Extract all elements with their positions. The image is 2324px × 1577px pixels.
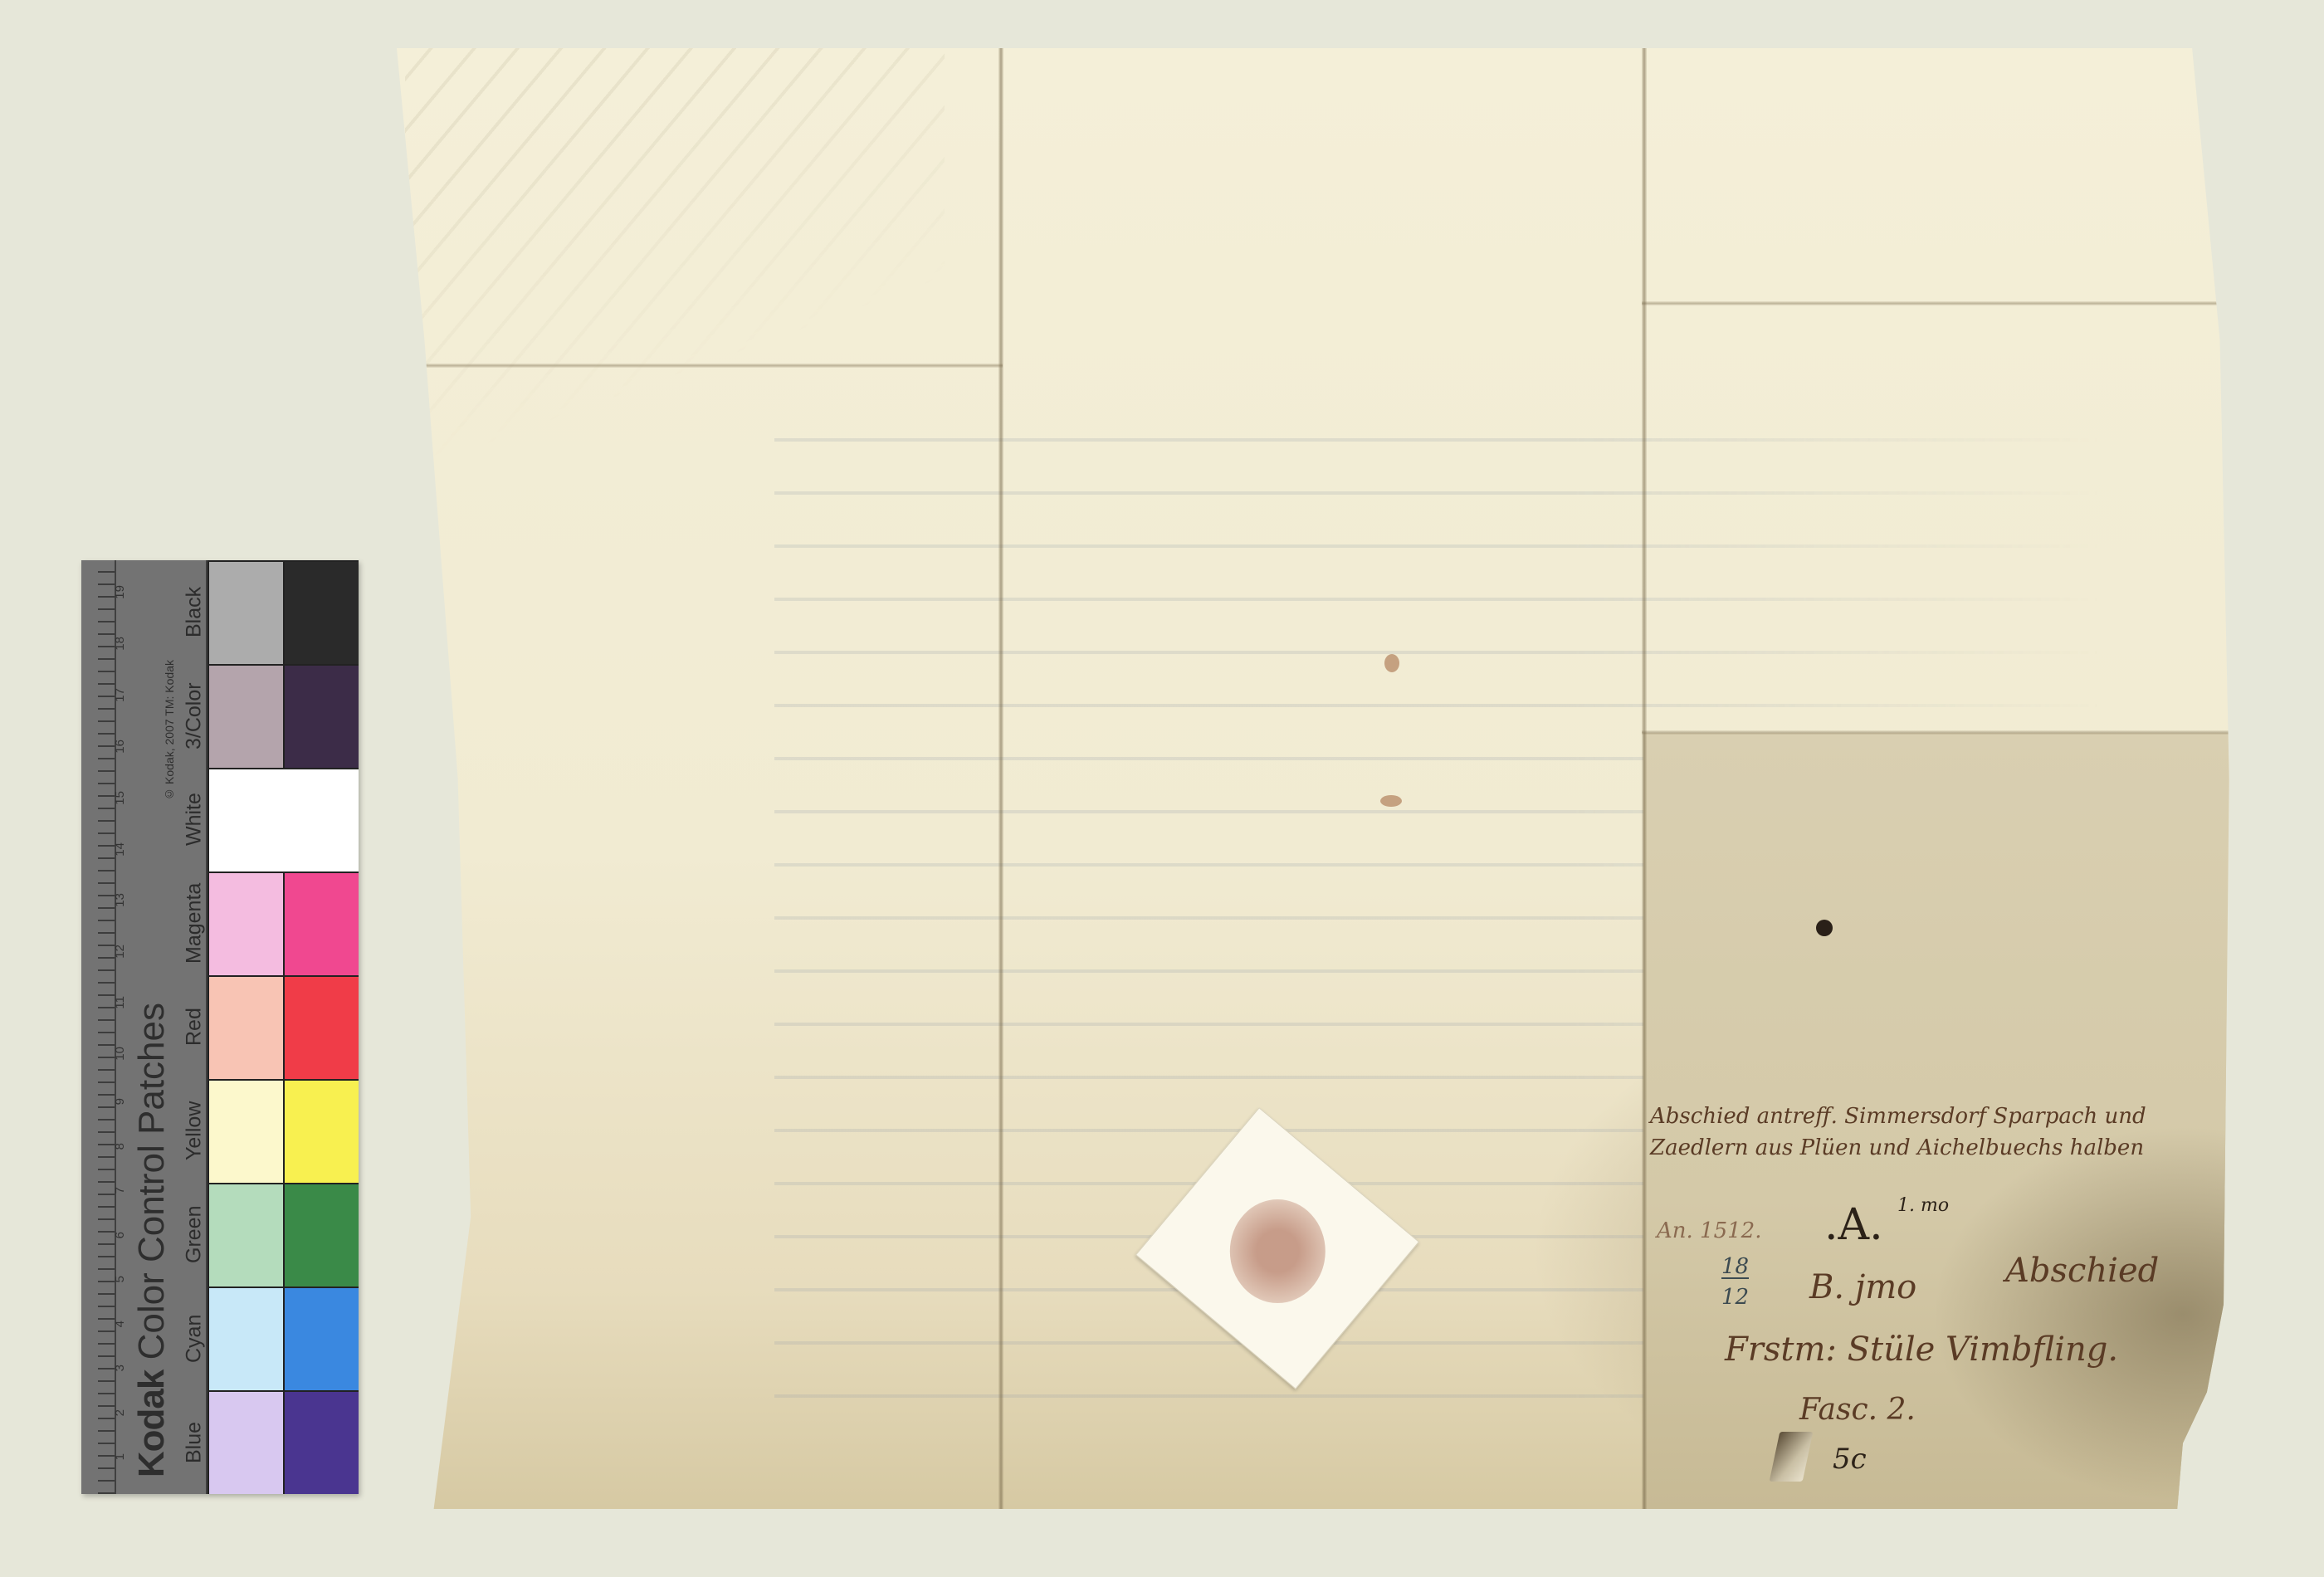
wrinkle-texture xyxy=(405,48,945,463)
patch-row-cyan xyxy=(207,1286,359,1390)
ruler: 1 2 3 4 5 6 7 8 9 10 11 12 13 14 15 16 1… xyxy=(81,560,207,1494)
cm-tick: 8 xyxy=(113,1143,131,1150)
patch-row-magenta xyxy=(207,871,359,975)
patch-swatch-dark xyxy=(283,977,359,1079)
patch-row-yellow xyxy=(207,1079,359,1183)
fold-line xyxy=(998,48,1003,1509)
cm-tick: 13 xyxy=(113,893,131,907)
dorsal-note-fasc: Fasc. 2. xyxy=(1799,1393,1916,1427)
ruler-cm-numbers: 1 2 3 4 5 6 7 8 9 10 11 12 13 14 15 16 1… xyxy=(113,560,131,1494)
patch-swatch-light xyxy=(207,977,283,1079)
patch-label-red: Red xyxy=(183,975,206,1079)
patch-label-3color: 3/Color xyxy=(183,664,206,768)
patch-label-cyan: Cyan xyxy=(183,1286,206,1390)
patch-label-green: Green xyxy=(183,1183,206,1286)
cm-tick: 6 xyxy=(113,1232,131,1238)
cm-tick: 5 xyxy=(113,1276,131,1282)
patch-swatch-light xyxy=(207,1081,283,1183)
cm-tick: 3 xyxy=(113,1365,131,1371)
dorsal-note-abschied: Abschied xyxy=(2005,1252,2159,1290)
patch-swatch-light xyxy=(207,666,283,768)
patch-row-black xyxy=(207,560,359,664)
patch-label-magenta: Magenta xyxy=(183,871,206,975)
cm-tick: 9 xyxy=(113,1098,131,1105)
cm-tick: 2 xyxy=(113,1409,131,1416)
kodak-color-chart: 1 2 3 4 5 6 7 8 9 10 11 12 13 14 15 16 1… xyxy=(81,560,359,1494)
cm-tick: 12 xyxy=(113,945,131,959)
dorsal-note-number: 5c xyxy=(1833,1443,1867,1476)
cm-tick: 19 xyxy=(113,585,131,599)
cm-tick: 7 xyxy=(113,1187,131,1194)
patch-swatch-dark xyxy=(283,1288,359,1390)
patch-swatch-dark xyxy=(283,562,359,664)
stain xyxy=(1380,795,1402,807)
seal-wax xyxy=(1230,1199,1326,1303)
fold-line xyxy=(1642,48,1647,1509)
patch-swatch-light xyxy=(207,1288,283,1390)
cm-tick: 16 xyxy=(113,740,131,754)
dorsal-note-fraction-bottom: 12 xyxy=(1721,1285,1749,1310)
cm-tick: 4 xyxy=(113,1321,131,1327)
patch-swatch xyxy=(207,769,359,871)
fold-line xyxy=(1642,730,2248,735)
dorsal-note-year: An. 1512. xyxy=(1657,1218,1761,1243)
patch-swatch-dark xyxy=(283,1081,359,1183)
dorsal-note-summary-line1: Abschied antreff. Simmersdorf Sparpach u… xyxy=(1650,1104,2146,1129)
patch-labels: Blue Cyan Green Yellow Red Magenta White… xyxy=(183,560,206,1494)
patch-swatch-dark xyxy=(283,1392,359,1494)
patch-swatch-dark xyxy=(283,873,359,975)
patch-swatch-dark xyxy=(283,666,359,768)
fold-line xyxy=(1642,301,2248,305)
patch-label-white: White xyxy=(183,768,206,871)
patch-swatch-light xyxy=(207,562,283,664)
dorsal-note-marker-b: B. jmo xyxy=(1809,1268,1916,1306)
cm-tick: 17 xyxy=(113,688,131,702)
patch-swatch-light xyxy=(207,1184,283,1286)
patch-label-blue: Blue xyxy=(183,1390,206,1494)
patch-row-3color xyxy=(207,664,359,768)
cm-tick: 1 xyxy=(113,1453,131,1460)
patch-swatch-light xyxy=(207,873,283,975)
kodak-brand-title: Kodak Color Control Patches xyxy=(131,1003,173,1477)
cm-tick: 11 xyxy=(113,996,131,1009)
cm-tick: 10 xyxy=(113,1047,131,1061)
patch-row-white xyxy=(207,768,359,871)
patch-swatch-dark xyxy=(283,1184,359,1286)
dorsal-note-marker-a-sup: 1. mo xyxy=(1897,1195,1949,1216)
dorsal-note-fraction-top: 18 xyxy=(1721,1256,1749,1279)
patch-row-red xyxy=(207,975,359,1079)
parchment-document: Abschied antreff. Simmersdorf Sparpach u… xyxy=(397,48,2248,1509)
cm-tick: 15 xyxy=(113,791,131,805)
patch-row-green xyxy=(207,1183,359,1286)
ruler-scale xyxy=(81,560,116,1494)
patch-label-black: Black xyxy=(183,560,206,664)
stain xyxy=(1384,654,1399,672)
cm-tick: 18 xyxy=(113,637,131,651)
dorsal-note-summary-line2: Zaedlern aus Plüen und Aichelbuechs halb… xyxy=(1650,1135,2144,1160)
color-patches xyxy=(207,560,359,1494)
patch-label-yellow: Yellow xyxy=(183,1079,206,1183)
fold-line xyxy=(397,364,1003,368)
patch-row-blue xyxy=(207,1390,359,1494)
dorsal-note-archive-ref: Frstm: Stüle Vimbfling. xyxy=(1725,1330,2118,1369)
dorsal-note-marker-a: .A. xyxy=(1824,1200,1883,1250)
kodak-copyright: © Kodak, 2007 TM: Kodak xyxy=(163,660,176,801)
cm-tick: 14 xyxy=(113,842,131,857)
puncture-hole xyxy=(1816,920,1833,936)
patch-swatch-light xyxy=(207,1392,283,1494)
